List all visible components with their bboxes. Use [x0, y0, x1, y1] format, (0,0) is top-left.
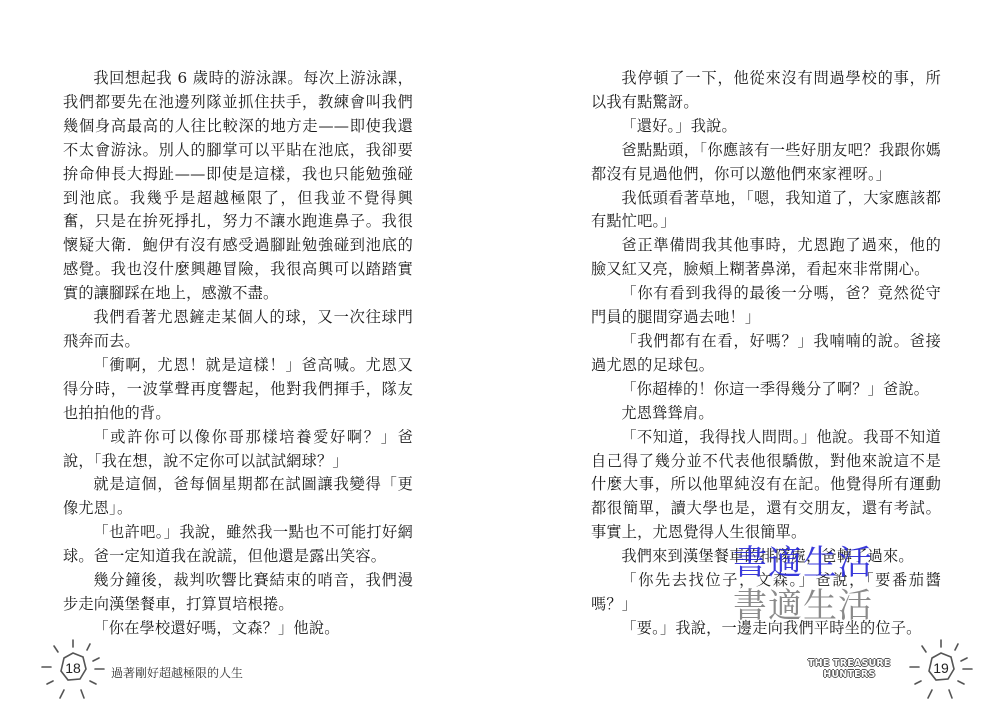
sunburst-ornament-icon: 19: [906, 636, 976, 706]
series-logo-line1: THE TREASURE: [808, 658, 891, 669]
running-head: 過著剛好超越極限的人生: [111, 664, 243, 681]
left-page: 我回想起我 6 歲時的游泳課。每次上游泳課，我們都要先在池邊列隊並抓住扶手，教練…: [0, 0, 500, 724]
series-logo: THE TREASURE HUNTERS: [808, 658, 891, 680]
watermark-blue: 書適生活: [733, 535, 873, 584]
paragraph: 爸點點頭，「你應該有一些好朋友吧？我跟你媽都沒有見過他們，你可以邀他們來家裡呀。…: [591, 139, 941, 187]
paragraph: 幾分鐘後，裁判吹響比賽結束的哨音，我們漫步走向漢堡餐車，打算買培根捲。: [63, 569, 413, 617]
paragraph: 我停頓了一下，他從來沒有問過學校的事，所以我有點驚訝。: [591, 67, 941, 115]
paragraph: 「也許吧。」我說，雖然我一點也不可能打好網球。爸一定知道我在說謊，但他還是露出笑…: [63, 521, 413, 569]
paragraph: 爸正準備問我其他事時，尤恩跑了過來，他的臉又紅又亮，臉頰上糊著鼻涕，看起來非常開…: [591, 234, 941, 282]
paragraph: 我低頭看著草地，「嗯，我知道了，大家應該都有點忙吧。」: [591, 187, 941, 235]
paragraph: 我們看著尤恩鏟走某個人的球，又一次往球門飛奔而去。: [63, 306, 413, 354]
paragraph: 「或許你可以像你哥那樣培養愛好啊？」爸說，「我在想，說不定你可以試試網球？」: [63, 426, 413, 474]
paragraph: 尤恩聳聳肩。: [591, 402, 941, 426]
sunburst-ornament-icon: 18: [38, 636, 108, 706]
paragraph: 「不知道，我得找人問問。」他說。我哥不知道自己得了幾分並不代表他很驕傲，對他來說…: [591, 426, 941, 546]
series-logo-line2: HUNTERS: [808, 669, 891, 680]
paragraph: 「我們都有在看，好嗎？」我喃喃的說。爸接過尤恩的足球包。: [591, 330, 941, 378]
paragraph: 「還好。」我說。: [591, 115, 941, 139]
paragraph: 「你有看到我得的最後一分嗎，爸？竟然從守門員的腿間穿過去吔！」: [591, 282, 941, 330]
paragraph: 「衝啊，尤恩！就是這樣！」爸高喊。尤恩又得分時，一波掌聲再度響起，他對我們揮手，…: [63, 354, 413, 426]
paragraph: 就是這個，爸每個星期都在試圖讓我變得「更像尤恩」。: [63, 473, 413, 521]
page-number: 19: [906, 633, 976, 703]
page-number: 18: [38, 633, 108, 703]
paragraph: 我回想起我 6 歲時的游泳課。每次上游泳課，我們都要先在池邊列隊並抓住扶手，教練…: [63, 67, 413, 306]
watermark-gray: 書適生活: [733, 578, 873, 627]
left-footer: 18 過著剛好超越極限的人生: [38, 636, 338, 716]
paragraph: 「你超棒的！你這一季得幾分了啊？」爸說。: [591, 378, 941, 402]
left-page-body: 我回想起我 6 歲時的游泳課。每次上游泳課，我們都要先在池邊列隊並抓住扶手，教練…: [63, 67, 413, 641]
right-footer: THE TREASURE HUNTERS 19: [800, 636, 1000, 716]
